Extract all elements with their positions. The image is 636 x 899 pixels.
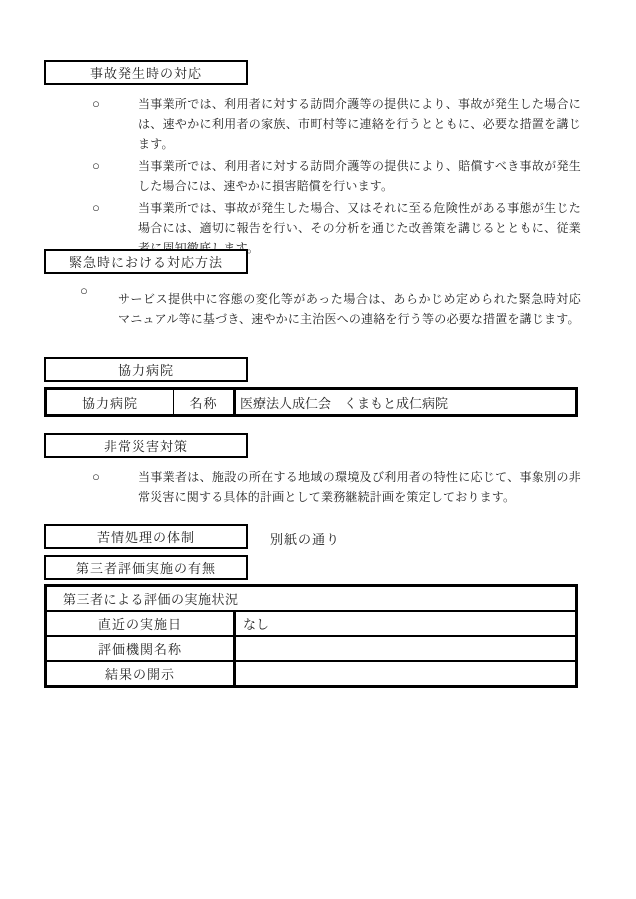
hospital-name-value-cell: 医療法人成仁会 くまもと成仁病院 <box>236 390 575 414</box>
heading-label: 緊急時における対応方法 <box>69 252 223 271</box>
evaluation-row-label: 直近の実施日 <box>47 612 236 635</box>
emergency-bullet-list: ○ サービス提供中に容態の変化等があった場合は、あらかじめ定められた緊急時対応マ… <box>80 289 581 331</box>
heading-label: 苦情処理の体制 <box>97 527 195 546</box>
evaluation-table-row: 直近の実施日 なし <box>47 612 575 637</box>
evaluation-row-value <box>236 662 575 685</box>
disaster-bullet-list: ○ 当事業者は、施設の所在する地域の環境及び利用者の特性に応じて、事象別の非常災… <box>92 467 581 509</box>
evaluation-row-label: 評価機関名称 <box>47 637 236 660</box>
evaluation-table-row: 結果の開示 <box>47 662 575 685</box>
circle-bullet-marker: ○ <box>80 281 118 321</box>
heading-box-accident-response: 事故発生時の対応 <box>44 60 248 85</box>
bullet-text: 当事業所では、利用者に対する訪問介護等の提供により、賠償すべき事故が発生した場合… <box>138 156 581 196</box>
bullet-item: ○ サービス提供中に容態の変化等があった場合は、あらかじめ定められた緊急時対応マ… <box>80 289 581 329</box>
circle-bullet-marker: ○ <box>92 467 138 507</box>
hospital-row-label-cell: 協力病院 <box>47 390 174 414</box>
bullet-text: サービス提供中に容態の変化等があった場合は、あらかじめ定められた緊急時対応マニュ… <box>118 289 581 329</box>
document-page: 事故発生時の対応 ○ 当事業所では、利用者に対する訪問介護等の提供により、事故が… <box>0 0 636 899</box>
complaint-note-as-attached: 別紙の通り <box>270 529 340 548</box>
hospital-name-label-cell: 名称 <box>174 390 236 414</box>
evaluation-row-value <box>236 637 575 660</box>
heading-box-disaster-countermeasures: 非常災害対策 <box>44 433 248 458</box>
heading-label: 協力病院 <box>118 360 174 379</box>
evaluation-row-label: 結果の開示 <box>47 662 236 685</box>
hospital-table: 協力病院 名称 医療法人成仁会 くまもと成仁病院 <box>44 387 578 417</box>
bullet-text: 当事業所では、利用者に対する訪問介護等の提供により、事故が発生した場合には、速や… <box>138 94 581 154</box>
bullet-item: ○ 当事業所では、利用者に対する訪問介護等の提供により、賠償すべき事故が発生した… <box>92 156 581 196</box>
circle-bullet-marker: ○ <box>92 156 138 196</box>
evaluation-row-value: なし <box>236 612 575 635</box>
accident-bullet-list: ○ 当事業所では、利用者に対する訪問介護等の提供により、事故が発生した場合には、… <box>92 94 581 260</box>
heading-box-cooperating-hospital: 協力病院 <box>44 357 248 382</box>
evaluation-status-table: 第三者による評価の実施状況 直近の実施日 なし 評価機関名称 結果の開示 <box>44 584 578 688</box>
bullet-item: ○ 当事業者は、施設の所在する地域の環境及び利用者の特性に応じて、事象別の非常災… <box>92 467 581 507</box>
heading-box-complaint-handling: 苦情処理の体制 <box>44 524 248 549</box>
evaluation-table-title: 第三者による評価の実施状況 <box>47 587 575 612</box>
bullet-item: ○ 当事業所では、利用者に対する訪問介護等の提供により、事故が発生した場合には、… <box>92 94 581 154</box>
evaluation-table-row: 評価機関名称 <box>47 637 575 662</box>
bullet-text: 当事業者は、施設の所在する地域の環境及び利用者の特性に応じて、事象別の非常災害に… <box>138 467 581 507</box>
heading-label: 事故発生時の対応 <box>90 63 202 82</box>
heading-label: 非常災害対策 <box>104 436 188 455</box>
heading-label: 第三者評価実施の有無 <box>76 558 216 577</box>
circle-bullet-marker: ○ <box>92 94 138 154</box>
heading-box-third-party-evaluation: 第三者評価実施の有無 <box>44 555 248 580</box>
heading-box-emergency-response: 緊急時における対応方法 <box>44 249 248 274</box>
